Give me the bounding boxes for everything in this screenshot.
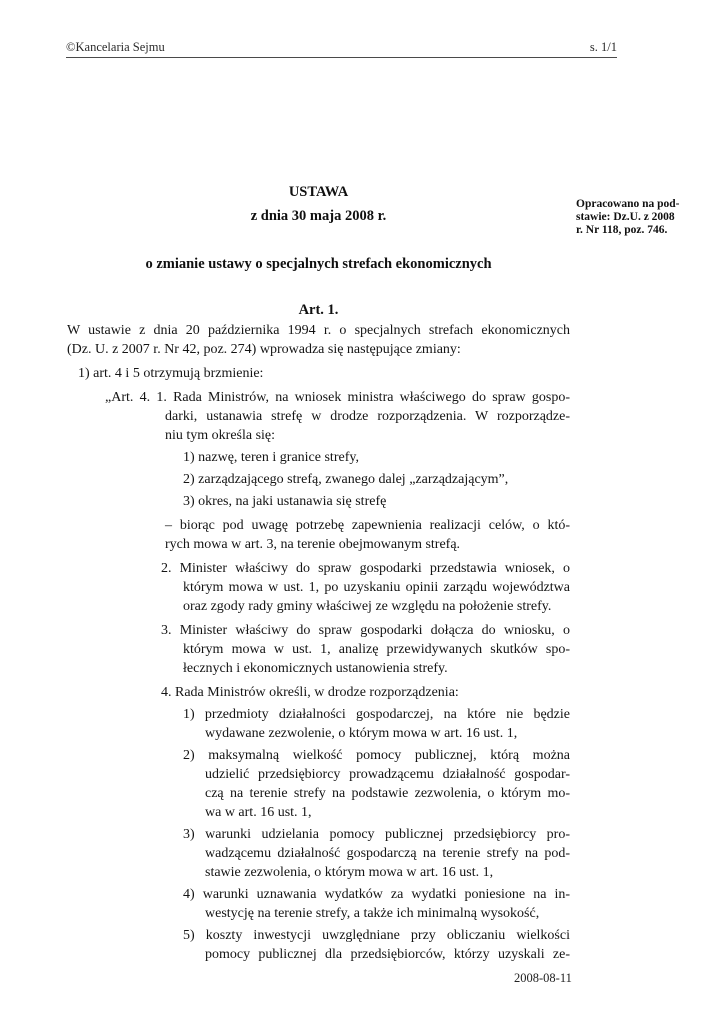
quoted-subitem-line: westycję na terenie strefy, a także ich … <box>205 904 570 923</box>
article-body: W ustawie z dnia 20 października 1994 r.… <box>0 321 724 964</box>
document-page: ©Kancelaria Sejmu s. 1/1 USTAWA z dnia 3… <box>0 0 724 1024</box>
quoted-paragraph-line: oraz zgody rady gminy właściwej ze wzglę… <box>183 597 570 616</box>
quoted-paragraph-line: którym mowa w ust. 1, analizę przewidywa… <box>183 640 570 659</box>
quoted-item: 1) nazwę, teren i granice strefy, <box>183 448 570 467</box>
quoted-subitem-line: udzielić przedsiębiorcy prowadzącemu dzi… <box>205 765 570 784</box>
article-heading: Art. 1. <box>67 302 570 319</box>
law-date-heading: z dnia 30 maja 2008 r. <box>67 208 570 225</box>
source-note: Opracowano na pod- stawie: Dz.U. z 2008 … <box>576 198 680 237</box>
law-type-heading: USTAWA <box>67 184 570 201</box>
quoted-paragraph-line: 2. Minister właściwy do spraw gospodarki… <box>161 559 570 578</box>
quoted-subitem-line: pomocy publicznej dla przedsiębiorców, k… <box>205 945 570 964</box>
quoted-subitem-line: 1) przedmioty działalności gospodarczej,… <box>183 705 570 724</box>
intro-line: (Dz. U. z 2007 r. Nr 42, poz. 274) wprow… <box>67 340 570 359</box>
quoted-subitem-line: wadzącemu działalność gospodarczą na ter… <box>205 844 570 863</box>
quoted-subitem-line: czą na terenie strefy na podstawie zezwo… <box>205 784 570 803</box>
quoted-closing-line: – biorąc pod uwagę potrzebę zapewnienia … <box>165 516 570 535</box>
source-note-line: stawie: Dz.U. z 2008 <box>576 211 680 224</box>
quoted-article-line: niu tym określa się: <box>165 426 570 445</box>
quoted-subitem-line: stawie zezwolenia, o którym mowa w art. … <box>205 863 570 882</box>
quoted-subitem-line: wa w art. 16 ust. 1, <box>205 803 570 822</box>
publisher-text: ©Kancelaria Sejmu <box>66 40 165 55</box>
quoted-subitem-line: 3) warunki udzielania pomocy publicznej … <box>183 825 570 844</box>
quoted-item: 3) okres, na jaki ustanawia się strefę <box>183 492 570 511</box>
quoted-subitem-line: 4) warunki uznawania wydatków za wydatki… <box>183 885 570 904</box>
quoted-paragraph-line: łecznych i ekonomicznych ustanowienia st… <box>183 659 570 678</box>
page-header: ©Kancelaria Sejmu s. 1/1 <box>66 40 617 58</box>
page-number: s. 1/1 <box>590 40 617 55</box>
quoted-paragraph-line: którym mowa w ust. 1, po uzyskaniu opini… <box>183 578 570 597</box>
quoted-subitem-line: wydawane zezwolenie, o którym mowa w art… <box>205 724 570 743</box>
quoted-subitem-line: 2) maksymalną wielkość pomocy publicznej… <box>183 746 570 765</box>
quoted-paragraph-line: 3. Minister właściwy do spraw gospodarki… <box>161 621 570 640</box>
amendment-point: 1) art. 4 i 5 otrzymują brzmienie: <box>78 364 570 383</box>
quoted-article-line: „Art. 4. 1. Rada Ministrów, na wniosek m… <box>105 388 570 407</box>
law-subject-heading: o zmianie ustawy o specjalnych strefach … <box>67 256 570 273</box>
quoted-paragraph-line: 4. Rada Ministrów określi, w drodze rozp… <box>161 683 570 702</box>
quoted-closing-line: rych mowa w art. 3, na terenie obejmowan… <box>165 535 570 554</box>
quoted-item: 2) zarządzającego strefą, zwanego dalej … <box>183 470 570 489</box>
quoted-subitem-line: 5) koszty inwestycji uwzględniane przy o… <box>183 926 570 945</box>
intro-line: W ustawie z dnia 20 października 1994 r.… <box>67 321 570 340</box>
quoted-article-line: darki, ustanawia strefę w drodze rozporz… <box>165 407 570 426</box>
source-note-line: Opracowano na pod- <box>576 198 680 211</box>
footer-date: 2008-08-11 <box>514 971 572 986</box>
source-note-line: r. Nr 118, poz. 746. <box>576 224 680 237</box>
